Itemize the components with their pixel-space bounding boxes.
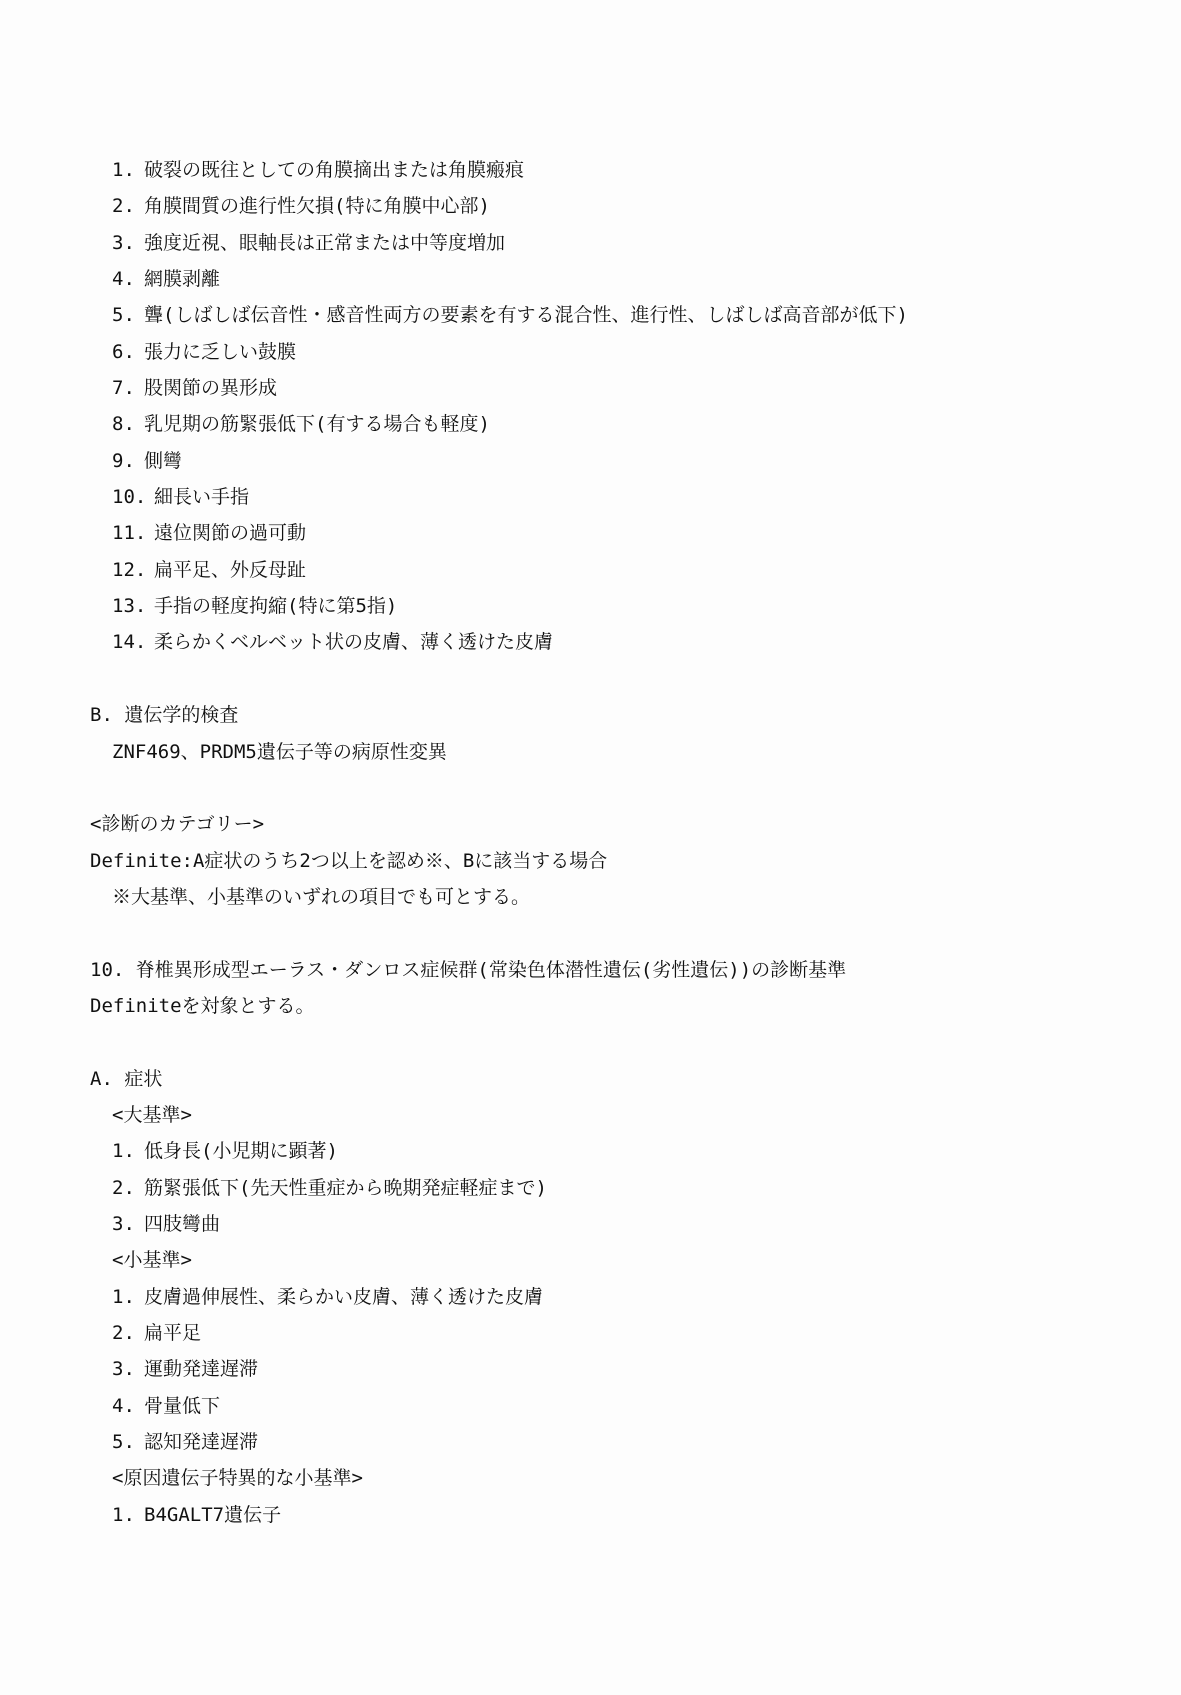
- list-item: 8.乳児期の筋緊張低下(有する場合も軽度): [90, 406, 1090, 442]
- item-number: 6.: [112, 334, 144, 370]
- spacer: [90, 661, 1090, 697]
- list-item: 4.骨量低下: [90, 1388, 1090, 1424]
- item-number: 3.: [112, 1206, 144, 1242]
- item-text: 遠位関節の過可動: [154, 522, 306, 544]
- item-text: 破裂の既往としての角膜摘出または角膜瘢痕: [144, 159, 524, 181]
- item-text: 側彎: [144, 450, 182, 472]
- genetic-test-text: ZNF469、PRDM5遺伝子等の病原性変異: [90, 734, 1090, 770]
- list-item: 11.遠位関節の過可動: [90, 515, 1090, 551]
- item-number: 10.: [112, 479, 154, 515]
- item-text: 股関節の異形成: [144, 377, 277, 399]
- list-item: 12.扁平足、外反母趾: [90, 552, 1090, 588]
- minor-criteria-heading: <小基準>: [90, 1242, 1090, 1278]
- item-text: 手指の軽度拘縮(特に第5指): [154, 595, 397, 617]
- item-number: 2.: [112, 1170, 144, 1206]
- diagnosis-category-heading: <診断のカテゴリー>: [90, 806, 1090, 842]
- gene-specific-minor-criteria-heading: <原因遺伝子特異的な小基準>: [90, 1460, 1090, 1496]
- major-criteria-list: 1.低身長(小児期に顕著) 2.筋緊張低下(先天性重症から晩期発症軽症まで) 3…: [90, 1133, 1090, 1242]
- item-number: 13.: [112, 588, 154, 624]
- list-item: 14.柔らかくベルベット状の皮膚、薄く透けた皮膚: [90, 624, 1090, 660]
- spacer: [90, 1024, 1090, 1060]
- major-criteria-heading: <大基準>: [90, 1097, 1090, 1133]
- list-item: 5.認知発達遅滞: [90, 1424, 1090, 1460]
- item-number: 9.: [112, 443, 144, 479]
- section-title: 10. 脊椎異形成型エーラス・ダンロス症候群(常染色体潜性遺伝(劣性遺伝))の診…: [90, 952, 1090, 988]
- item-text: B4GALT7遺伝子: [144, 1504, 281, 1526]
- item-text: 皮膚過伸展性、柔らかい皮膚、薄く透けた皮膚: [144, 1286, 543, 1308]
- item-number: 5.: [112, 297, 144, 333]
- symptom-list-previous: 1.破裂の既往としての角膜摘出または角膜瘢痕 2.角膜間質の進行性欠損(特に角膜…: [90, 152, 1090, 661]
- item-text: 張力に乏しい鼓膜: [144, 341, 296, 363]
- list-item: 1.皮膚過伸展性、柔らかい皮膚、薄く透けた皮膚: [90, 1279, 1090, 1315]
- list-item: 9.側彎: [90, 443, 1090, 479]
- item-number: 4.: [112, 261, 144, 297]
- item-text: 角膜間質の進行性欠損(特に角膜中心部): [144, 195, 490, 217]
- minor-criteria-list: 1.皮膚過伸展性、柔らかい皮膚、薄く透けた皮膚 2.扁平足 3.運動発達遅滞 4…: [90, 1279, 1090, 1461]
- item-number: 1.: [112, 152, 144, 188]
- item-text: 扁平足、外反母趾: [154, 559, 306, 581]
- list-item: 3.運動発達遅滞: [90, 1351, 1090, 1387]
- list-item: 6.張力に乏しい鼓膜: [90, 334, 1090, 370]
- item-number: 7.: [112, 370, 144, 406]
- spacer: [90, 770, 1090, 806]
- item-text: 筋緊張低下(先天性重症から晩期発症軽症まで): [144, 1177, 547, 1199]
- spacer: [90, 915, 1090, 951]
- item-number: 2.: [112, 188, 144, 224]
- item-number: 3.: [112, 1351, 144, 1387]
- item-number: 2.: [112, 1315, 144, 1351]
- symptoms-heading: A. 症状: [90, 1061, 1090, 1097]
- list-item: 10.細長い手指: [90, 479, 1090, 515]
- item-text: 四肢彎曲: [144, 1213, 220, 1235]
- item-number: 3.: [112, 225, 144, 261]
- item-text: 運動発達遅滞: [144, 1358, 258, 1380]
- item-text: 認知発達遅滞: [144, 1431, 258, 1453]
- list-item: 2.筋緊張低下(先天性重症から晩期発症軽症まで): [90, 1170, 1090, 1206]
- item-number: 8.: [112, 406, 144, 442]
- item-text: 柔らかくベルベット状の皮膚、薄く透けた皮膚: [154, 631, 553, 653]
- item-text: 骨量低下: [144, 1395, 220, 1417]
- item-number: 12.: [112, 552, 154, 588]
- gene-specific-list: 1.B4GALT7遺伝子: [90, 1497, 1090, 1533]
- item-text: 網膜剥離: [144, 268, 220, 290]
- criteria-note: ※大基準、小基準のいずれの項目でも可とする。: [90, 879, 1090, 915]
- item-text: 乳児期の筋緊張低下(有する場合も軽度): [144, 413, 490, 435]
- item-number: 14.: [112, 624, 154, 660]
- list-item: 5.聾(しばしば伝音性・感音性両方の要素を有する混合性、進行性、しばしば高音部が…: [90, 297, 1090, 333]
- list-item: 13.手指の軽度拘縮(特に第5指): [90, 588, 1090, 624]
- item-text: 強度近視、眼軸長は正常または中等度増加: [144, 232, 505, 254]
- item-number: 4.: [112, 1388, 144, 1424]
- item-number: 1.: [112, 1133, 144, 1169]
- item-number: 1.: [112, 1279, 144, 1315]
- document-page: 1.破裂の既往としての角膜摘出または角膜瘢痕 2.角膜間質の進行性欠損(特に角膜…: [90, 152, 1090, 1533]
- item-number: 5.: [112, 1424, 144, 1460]
- section-scope: Definiteを対象とする。: [90, 988, 1090, 1024]
- genetic-test-heading: B. 遺伝学的検査: [90, 697, 1090, 733]
- list-item: 2.扁平足: [90, 1315, 1090, 1351]
- item-text: 聾(しばしば伝音性・感音性両方の要素を有する混合性、進行性、しばしば高音部が低下…: [144, 304, 908, 326]
- list-item: 4.網膜剥離: [90, 261, 1090, 297]
- item-text: 扁平足: [144, 1322, 201, 1344]
- list-item: 1.低身長(小児期に顕著): [90, 1133, 1090, 1169]
- item-number: 11.: [112, 515, 154, 551]
- item-text: 細長い手指: [154, 486, 249, 508]
- list-item: 2.角膜間質の進行性欠損(特に角膜中心部): [90, 188, 1090, 224]
- item-number: 1.: [112, 1497, 144, 1533]
- list-item: 3.四肢彎曲: [90, 1206, 1090, 1242]
- item-text: 低身長(小児期に顕著): [144, 1140, 338, 1162]
- definite-criteria: Definite:A症状のうち2つ以上を認め※、Bに該当する場合: [90, 843, 1090, 879]
- list-item: 3.強度近視、眼軸長は正常または中等度増加: [90, 225, 1090, 261]
- list-item: 7.股関節の異形成: [90, 370, 1090, 406]
- list-item: 1.破裂の既往としての角膜摘出または角膜瘢痕: [90, 152, 1090, 188]
- list-item: 1.B4GALT7遺伝子: [90, 1497, 1090, 1533]
